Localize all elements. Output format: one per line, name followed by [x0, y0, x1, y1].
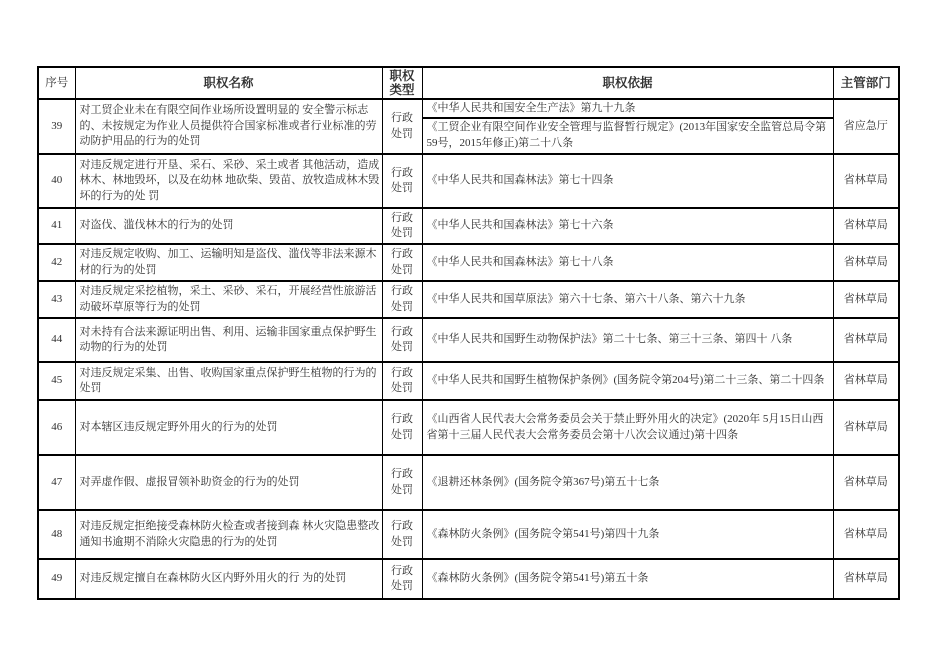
serial-cell: 46: [38, 400, 75, 455]
authority-type-label: 行政处罚: [391, 247, 414, 278]
column-header-serial: 序号: [38, 67, 75, 99]
legal-basis-cell: 《森林防火条例》(国务院令第541号)第五十条: [422, 559, 833, 599]
column-header-basis: 职权依据: [422, 67, 833, 99]
authority-type-cell: 行政处罚: [382, 281, 422, 318]
authority-name-cell: 对违反规定采集、出售、收购国家重点保护野生植物的行为的处罚: [75, 362, 382, 400]
authority-type-label: 行政处罚: [391, 211, 414, 242]
department-cell: 省应急厅: [833, 99, 899, 154]
table-body: 39对工贸企业未在有限空间作业场所设置明显的 安全警示标志的、未按规定为作业人员…: [38, 99, 899, 599]
document-page: 序号 职权名称 职权类型 职权依据 主管部门 39对工贸企业未在有限空间作业场所…: [0, 0, 936, 662]
department-cell: 省林草局: [833, 208, 899, 244]
department-cell: 省林草局: [833, 281, 899, 318]
authority-type-cell: 行政处罚: [382, 510, 422, 559]
table-row: 43对违反规定采挖植物，采土、采砂、采石，开展经营性旅游活动破坏草原等行为的处罚…: [38, 281, 899, 318]
legal-basis-cell: 《中华人民共和国野生植物保护条例》(国务院令第204号)第二十三条、第二十四条: [422, 362, 833, 400]
table-row: 40对违反规定进行开垦、采石、采砂、采土或者 其他活动，造成林木、林地毁坏，以及…: [38, 154, 899, 208]
department-cell: 省林草局: [833, 318, 899, 362]
legal-basis-cell: 《中华人民共和国森林法》第七十四条: [422, 154, 833, 208]
authority-type-label: 行政处罚: [391, 467, 414, 498]
authority-type-cell: 行政处罚: [382, 400, 422, 455]
authority-type-label: 行政处罚: [391, 366, 414, 397]
authority-type-cell: 行政处罚: [382, 455, 422, 510]
authority-name-cell: 对弄虚作假、虚报冒领补助资金的行为的处罚: [75, 455, 382, 510]
table-row: 44对未持有合法来源证明出售、利用、运输非国家重点保护野生动物的行为的处罚行政处…: [38, 318, 899, 362]
legal-basis-cell: 《中华人民共和国草原法》第六十七条、第六十八条、第六十九条: [422, 281, 833, 318]
authority-type-cell: 行政处罚: [382, 208, 422, 244]
column-header-department: 主管部门: [833, 67, 899, 99]
authority-name-cell: 对违反规定采挖植物，采土、采砂、采石，开展经营性旅游活动破坏草原等行为的处罚: [75, 281, 382, 318]
legal-basis-item: 《中华人民共和国安全生产法》第九十九条: [423, 100, 833, 117]
authority-type-label: 行政处罚: [391, 325, 414, 356]
serial-cell: 49: [38, 559, 75, 599]
department-cell: 省林草局: [833, 400, 899, 455]
serial-cell: 42: [38, 244, 75, 281]
table-row: 47对弄虚作假、虚报冒领补助资金的行为的处罚行政处罚《退耕还林条例》(国务院令第…: [38, 455, 899, 510]
serial-cell: 41: [38, 208, 75, 244]
table-row: 49对违反规定擅自在森林防火区内野外用火的行 为的处罚行政处罚《森林防火条例》(…: [38, 559, 899, 599]
table-header: 序号 职权名称 职权类型 职权依据 主管部门: [38, 67, 899, 99]
serial-cell: 48: [38, 510, 75, 559]
legal-basis-cell: 《山西省人民代表大会常务委员会关于禁止野外用火的决定》(2020年 5月15日山…: [422, 400, 833, 455]
serial-cell: 47: [38, 455, 75, 510]
authority-type-label: 行政处罚: [391, 412, 414, 443]
authority-type-cell: 行政处罚: [382, 362, 422, 400]
legal-basis-cell: 《中华人民共和国安全生产法》第九十九条《工贸企业有限空间作业安全管理与监督暂行规…: [422, 99, 833, 154]
legal-basis-item: 《工贸企业有限空间作业安全管理与监督暂行规定》(2013年国家安全监管总局令第5…: [423, 117, 833, 152]
authority-name-cell: 对违反规定拒绝接受森林防火检查或者接到森 林火灾隐患整改通知书逾期不消除火灾隐患…: [75, 510, 382, 559]
department-cell: 省林草局: [833, 154, 899, 208]
authority-type-label: 行政处罚: [391, 564, 414, 595]
authority-name-cell: 对违反规定收购、加工、运输明知是盗伐、滥伐等非法来源木材的行为的处罚: [75, 244, 382, 281]
authority-name-cell: 对工贸企业未在有限空间作业场所设置明显的 安全警示标志的、未按规定为作业人员提供…: [75, 99, 382, 154]
serial-cell: 44: [38, 318, 75, 362]
table-row: 41对盗伐、滥伐林木的行为的处罚行政处罚《中华人民共和国森林法》第七十六条省林草…: [38, 208, 899, 244]
authority-type-label: 行政处罚: [391, 519, 414, 550]
authority-type-label: 行政处罚: [391, 166, 414, 197]
legal-basis-cell: 《中华人民共和国野生动物保护法》第二十七条、第三十三条、第四十 八条: [422, 318, 833, 362]
table-row: 39对工贸企业未在有限空间作业场所设置明显的 安全警示标志的、未按规定为作业人员…: [38, 99, 899, 154]
authority-name-cell: 对本辖区违反规定野外用火的行为的处罚: [75, 400, 382, 455]
header-row: 序号 职权名称 职权类型 职权依据 主管部门: [38, 67, 899, 99]
authority-name-cell: 对未持有合法来源证明出售、利用、运输非国家重点保护野生动物的行为的处罚: [75, 318, 382, 362]
serial-cell: 43: [38, 281, 75, 318]
authority-name-cell: 对盗伐、滥伐林木的行为的处罚: [75, 208, 382, 244]
table-row: 48对违反规定拒绝接受森林防火检查或者接到森 林火灾隐患整改通知书逾期不消除火灾…: [38, 510, 899, 559]
authority-name-cell: 对违反规定擅自在森林防火区内野外用火的行 为的处罚: [75, 559, 382, 599]
authority-type-cell: 行政处罚: [382, 244, 422, 281]
table-row: 45对违反规定采集、出售、收购国家重点保护野生植物的行为的处罚行政处罚《中华人民…: [38, 362, 899, 400]
legal-basis-cell: 《森林防火条例》(国务院令第541号)第四十九条: [422, 510, 833, 559]
authority-type-cell: 行政处罚: [382, 559, 422, 599]
authority-type-cell: 行政处罚: [382, 99, 422, 154]
legal-basis-cell: 《中华人民共和国森林法》第七十六条: [422, 208, 833, 244]
serial-cell: 45: [38, 362, 75, 400]
legal-basis-stack: 《中华人民共和国安全生产法》第九十九条《工贸企业有限空间作业安全管理与监督暂行规…: [423, 100, 833, 152]
legal-basis-cell: 《退耕还林条例》(国务院令第367号)第五十七条: [422, 455, 833, 510]
column-header-name: 职权名称: [75, 67, 382, 99]
serial-cell: 40: [38, 154, 75, 208]
column-header-type: 职权类型: [382, 67, 422, 99]
authority-name-cell: 对违反规定进行开垦、采石、采砂、采土或者 其他活动，造成林木、林地毁坏，以及在幼…: [75, 154, 382, 208]
department-cell: 省林草局: [833, 455, 899, 510]
authority-type-cell: 行政处罚: [382, 154, 422, 208]
serial-cell: 39: [38, 99, 75, 154]
department-cell: 省林草局: [833, 244, 899, 281]
table-row: 46对本辖区违反规定野外用火的行为的处罚行政处罚《山西省人民代表大会常务委员会关…: [38, 400, 899, 455]
authority-type-cell: 行政处罚: [382, 318, 422, 362]
authority-type-label: 行政处罚: [391, 111, 414, 142]
legal-basis-cell: 《中华人民共和国森林法》第七十八条: [422, 244, 833, 281]
department-cell: 省林草局: [833, 362, 899, 400]
authority-table: 序号 职权名称 职权类型 职权依据 主管部门 39对工贸企业未在有限空间作业场所…: [37, 66, 900, 600]
authority-type-label: 行政处罚: [391, 284, 414, 315]
department-cell: 省林草局: [833, 559, 899, 599]
department-cell: 省林草局: [833, 510, 899, 559]
table-row: 42对违反规定收购、加工、运输明知是盗伐、滥伐等非法来源木材的行为的处罚行政处罚…: [38, 244, 899, 281]
